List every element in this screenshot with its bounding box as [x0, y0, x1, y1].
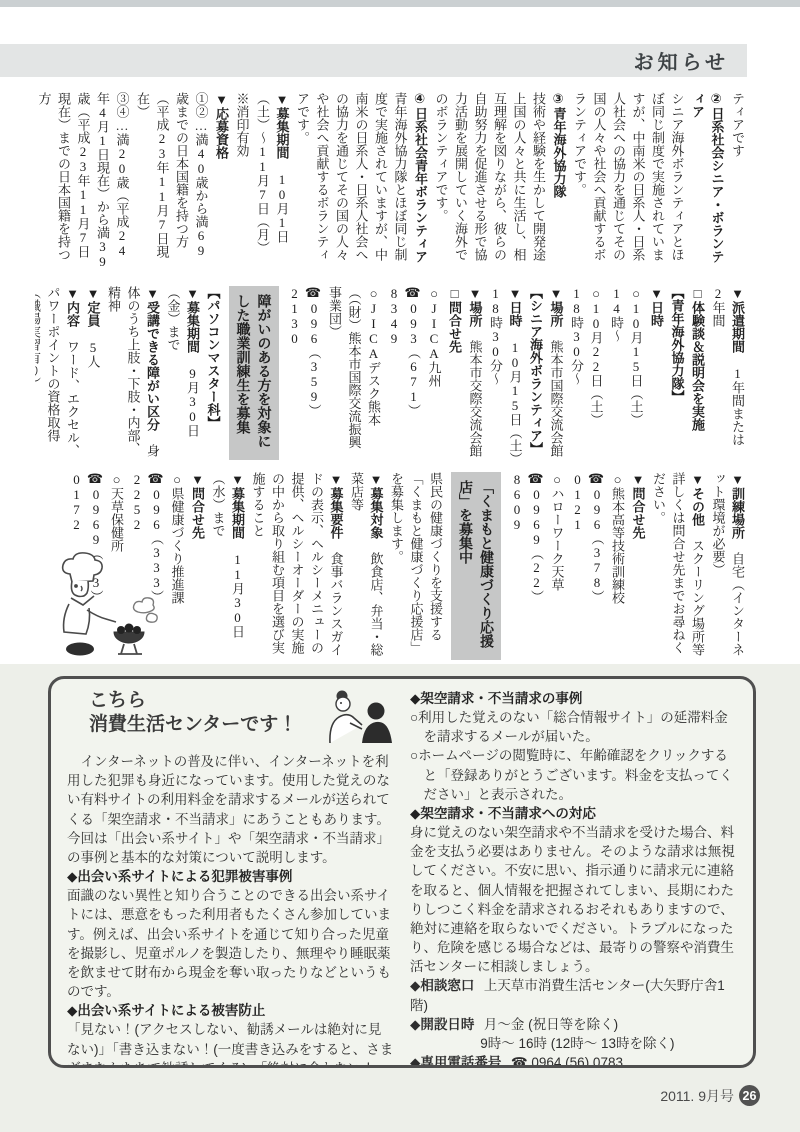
consumer-left-column: こちら 消費生活センターです！ インターネットの普及に伴い、インターネッ [67, 689, 394, 1068]
notice-segment: □問合せ先 [445, 286, 465, 460]
notices-band-1: ティアです ②日系社会シニア・ボランティア シニア海外ボランティアとほぼ同じ制度… [35, 92, 748, 270]
phone-number: ☎093（671）8349 [384, 286, 423, 460]
announcements-header-label: お知らせ [634, 46, 729, 75]
subheading-senior-volunteer: 【シニア海外ボランティア】 [526, 286, 546, 460]
notice-segment: ○JICAデスク熊本（（財）熊本市国際交流振興事業団） [325, 286, 384, 460]
notice-segment: ▼日時 10月15日（土） 18時30分〜 [486, 286, 525, 460]
consumer-center-title: こちら 消費生活センターです！ [67, 689, 297, 737]
consumer-paragraph: 身に覚えのない架空請求や不当請求を受けた場合、料金を支払う必要はありません。その… [410, 823, 737, 976]
article-heading-nikkei-youth: ④日系社会青年ボランティア [411, 92, 431, 270]
notice-segment: 県民の健康づくりを支援する「くまもと健康づくり応援店」を募集します。 [387, 472, 446, 660]
highlight-heading-kumamoto-health: 「くまもと健康づくり応援店」を募集中 [451, 472, 501, 660]
subheading-jocv: 【青年海外協力隊】 [667, 286, 687, 460]
notice-segment: ○県健康づくり推進課 [167, 472, 187, 660]
notice-segment: ○10月22日（土） 18時30分〜 [567, 286, 606, 460]
notice-segment: ▼問合せ先 [188, 472, 208, 660]
consultation-desk-row: ◆相談窓口上天草市消費生活センター(大矢野庁舎1階) [410, 976, 737, 1014]
chef-illustration [42, 550, 162, 667]
notice-segment: ▼定員 5人 [83, 286, 103, 460]
notice-segment: ▼募集期間 11月30日（水）まで [208, 472, 247, 660]
notice-segment: 技術や経験を生かして開発途上国の人々と共に生活し、相互理解を図りながら、彼らの自… [431, 92, 548, 270]
consumer-section-heading: ◆架空請求・不当請求の事例 [410, 689, 737, 708]
phone-number: ☎096（359）2130 [285, 286, 324, 460]
notice-segment: ○熊本高等技術訓練校 [608, 472, 628, 660]
consumer-paragraph: 面識のない異性と知り合うことのできる出会い系サイトには、悪意をもった利用者もたく… [67, 886, 394, 1001]
notice-segment: 青年海外協力隊とほぼ同じ制度で実施されていますが、中南米の日系人・日系人社会への… [293, 92, 410, 270]
consultation-people-illustration [320, 689, 394, 748]
notice-segment: ※消印有効 [232, 92, 252, 270]
page-footer: 2011. 9月号 26 [660, 1085, 760, 1106]
notice-segment: ▼訓練場所 自宅（インターネット環境が必要） [708, 472, 747, 660]
consumer-paragraph: インターネットの普及に伴い、インターネットを利用した犯罪も身近になっています。使… [67, 752, 394, 867]
page-number-badge: 26 [739, 1085, 760, 1106]
newsletter-page: { "page": { "header_label": "お知らせ", "foo… [0, 0, 800, 1132]
notice-segment: ▼募集対象 飲食店、弁当・総菜店等 [347, 472, 386, 660]
consumer-case-item: ○ホームページの閲覧時に、年齢確認をクリックすると「登録ありがとうございます。料… [410, 746, 737, 803]
notice-segment: ▼問合せ先 [628, 472, 648, 660]
page-top-edge [0, 0, 800, 7]
notice-segment: ○ハローワーク天草 [547, 472, 567, 660]
announcements-header-bar: お知らせ [0, 44, 747, 77]
notice-segment: ▼募集期間 9月30日（金）まで [163, 286, 202, 460]
notice-segment: ▼その他 スクーリング場所等詳しくは問合せ先までお尋ねください。 [649, 472, 708, 660]
notices-band-2: ▼派遣期間 1年間または2年間 □体験談＆説明会を実施 【青年海外協力隊】 ▼日… [35, 286, 748, 460]
consumer-center-box: こちら 消費生活センターです！ インターネットの普及に伴い、インターネッ [48, 676, 756, 1068]
consumer-right-column: ◆架空請求・不当請求の事例 ○利用した覚えのない「総合情報サイト」の延滞料金を請… [410, 689, 737, 1068]
notice-segment: ○10月15日（土） 14時〜 [607, 286, 646, 460]
article-heading-jocv: ③青年海外協力隊 [549, 92, 569, 270]
highlight-heading-job-training: 障がいのある方を対象にした職業訓練生を募集 [229, 286, 279, 460]
consumer-section-heading: ◆架空請求・不当請求への対応 [410, 804, 737, 823]
notice-segment: ▼場所 熊本市国際交流会館 [546, 286, 566, 460]
notice-segment: ○JICA九州 [424, 286, 444, 460]
subheading-pc-master-course: 【パソコンマスター科】 [203, 286, 223, 460]
opening-hours-row: ◆開設日時月〜金 (祝日等を除く) [410, 1015, 737, 1034]
notice-segment: ▼応募資格 [212, 92, 232, 270]
consumer-section-heading: ◆出会い系サイトによる犯罪被害事例 [67, 867, 394, 886]
issue-label: 2011. 9月号 [660, 1086, 734, 1106]
consumer-case-item: ○利用した覚えのない「総合情報サイト」の延滞料金を請求するメールが届いた。 [410, 708, 737, 746]
notice-segment: ▼募集期間 10月1日（土）〜11月7日（月） [253, 92, 292, 270]
dedicated-phone-row: ◆専用電話番号☎ 0964 (56) 0783 [410, 1053, 737, 1068]
phone-number: ☎0969（22）8609 [507, 472, 546, 660]
notice-segment: ▼内容 ワード、エクセル、パワーポイントの資格取得（職場実習有り） [35, 286, 82, 460]
notice-segment: ▼日時 [647, 286, 667, 460]
notice-segment: ①②…満40歳から満69歳までの日本国籍を持つ方（平成23年11月7日現在） [133, 92, 211, 270]
notice-segment: □体験談＆説明会を実施 [688, 286, 708, 460]
article-heading-nikkei-senior: ②日系社会シニア・ボランティア [688, 92, 727, 270]
consumer-section-heading: ◆出会い系サイトによる被害防止 [67, 1001, 394, 1020]
phone-number: ☎096（378）0121 [568, 472, 607, 660]
notice-segment: ▼募集要件 食事バランスガイドの表示、ヘルシーメニューの提供、ヘルシーオーダーの… [248, 472, 346, 660]
notice-segment: ティアです [728, 92, 748, 270]
notice-segment: ▼受講できる障がい区分 身体のうち上肢・下肢・内部、精神 [104, 286, 163, 460]
notice-segment: ▼派遣期間 1年間または2年間 [708, 286, 747, 460]
opening-hours-detail: 9時〜 16時 (12時〜 13時を除く) [410, 1034, 737, 1053]
notice-segment: シニア海外ボランティアとほぼ同じ制度で実施されていますが、中南米の日系人・日系人… [570, 92, 687, 270]
consumer-paragraph: 「見ない！(アクセスしない、勧誘メールは絶対に見ない)」「書き込まない！(一度書… [67, 1020, 394, 1068]
notice-segment: ▼場所 熊本市交際交流会館 [465, 286, 485, 460]
notice-segment: ③④…満20歳（平成24年4月1日現在）から満39歳（平成23年11月7日現在）… [35, 92, 132, 270]
